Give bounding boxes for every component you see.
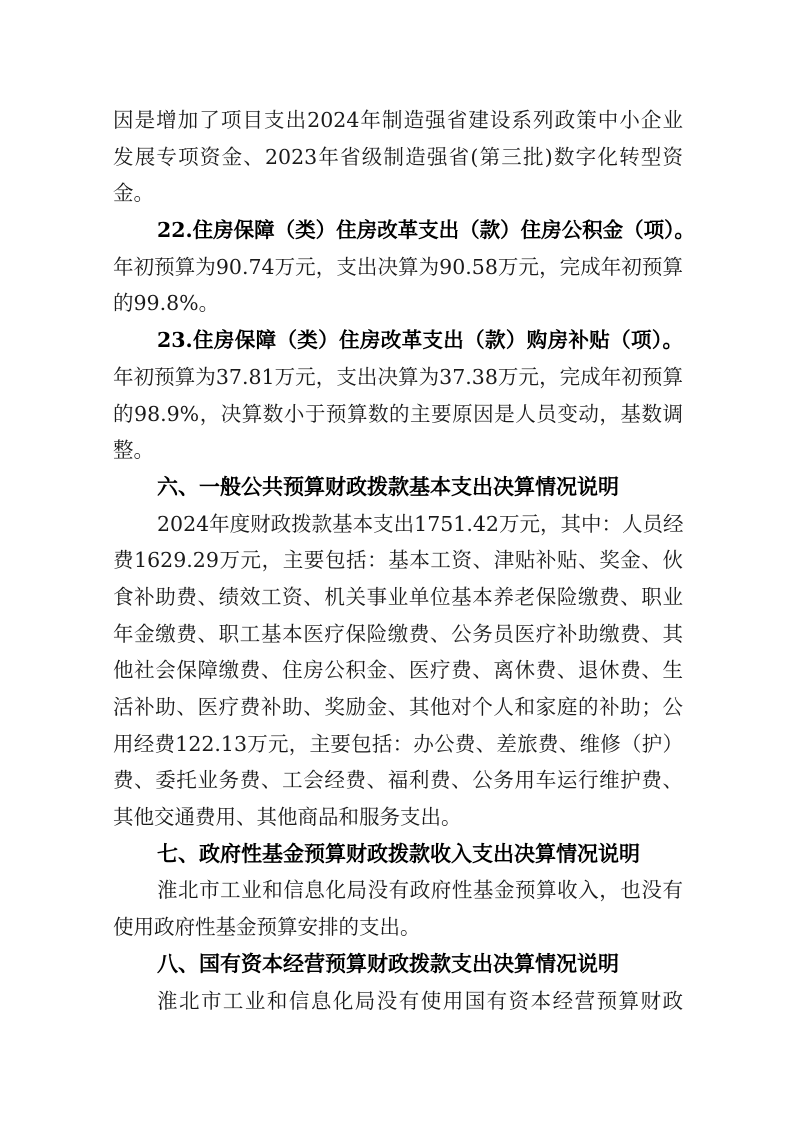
text-line: 年初预算为90.74万元，支出决算为90.58万元，完成年初预算: [113, 249, 683, 286]
text-line: 其他交通费用、其他商品和服务支出。: [113, 799, 683, 836]
text-line: 的99.8%。: [113, 285, 683, 322]
text-line: 用经费122.13万元，主要包括：办公费、差旅费、维修（护）: [113, 726, 683, 763]
text-line: 淮北市工业和信息化局没有政府性基金预算收入，也没有: [113, 872, 683, 909]
text-line: 食补助费、绩效工资、机关事业单位基本养老保险缴费、职业: [113, 579, 683, 616]
text-line: 使用政府性基金预算安排的支出。: [113, 909, 683, 946]
section-heading: 八、国有资本经营预算财政拨款支出决算情况说明: [113, 946, 683, 983]
text-line: 的98.9%，决算数小于预算数的主要原因是人员变动，基数调: [113, 396, 683, 433]
text-line: 金。: [113, 175, 683, 212]
section-7-government-fund-budget: 七、政府性基金预算财政拨款收入支出决算情况说明 淮北市工业和信息化局没有政府性基…: [113, 836, 683, 946]
text-line: 费1629.29万元，主要包括：基本工资、津贴补贴、奖金、伙: [113, 542, 683, 579]
text-line: 发展专项资金、2023年省级制造强省(第三批)数字化转型资: [113, 139, 683, 176]
text-line: 淮北市工业和信息化局没有使用国有资本经营预算财政: [113, 983, 683, 1020]
item-23-housing-purchase-subsidy: 23.住房保障（类）住房改革支出（款）购房补贴（项）。 年初预算为37.81万元…: [113, 322, 683, 469]
text-line: 整。: [113, 432, 683, 469]
document-page: 因是增加了项目支出2024年制造强省建设系列政策中小企业 发展专项资金、2023…: [113, 102, 683, 1019]
section-heading: 七、政府性基金预算财政拨款收入支出决算情况说明: [113, 836, 683, 873]
text-line: 年金缴费、职工基本医疗保险缴费、公务员医疗补助缴费、其: [113, 616, 683, 653]
section-8-state-capital-budget: 八、国有资本经营预算财政拨款支出决算情况说明 淮北市工业和信息化局没有使用国有资…: [113, 946, 683, 1019]
text-line: 费、委托业务费、工会经费、福利费、公务用车运行维护费、: [113, 762, 683, 799]
item-22-housing-provident-fund: 22.住房保障（类）住房改革支出（款）住房公积金（项）。 年初预算为90.74万…: [113, 212, 683, 322]
item-title: 23.住房保障（类）住房改革支出（款）购房补贴（项）。: [113, 322, 683, 359]
item-title: 22.住房保障（类）住房改革支出（款）住房公积金（项）。: [113, 212, 683, 249]
text-line: 活补助、医疗费补助、奖励金、其他对个人和家庭的补助；公: [113, 689, 683, 726]
text-line: 2024年度财政拨款基本支出1751.42万元，其中：人员经: [113, 506, 683, 543]
text-line: 他社会保障缴费、住房公积金、医疗费、离休费、退休费、生: [113, 652, 683, 689]
text-line: 因是增加了项目支出2024年制造强省建设系列政策中小企业: [113, 102, 683, 139]
section-heading: 六、一般公共预算财政拨款基本支出决算情况说明: [113, 469, 683, 506]
paragraph-continuation: 因是增加了项目支出2024年制造强省建设系列政策中小企业 发展专项资金、2023…: [113, 102, 683, 212]
text-line: 年初预算为37.81万元，支出决算为37.38万元，完成年初预算: [113, 359, 683, 396]
section-6-basic-expenditure: 六、一般公共预算财政拨款基本支出决算情况说明 2024年度财政拨款基本支出175…: [113, 469, 683, 836]
